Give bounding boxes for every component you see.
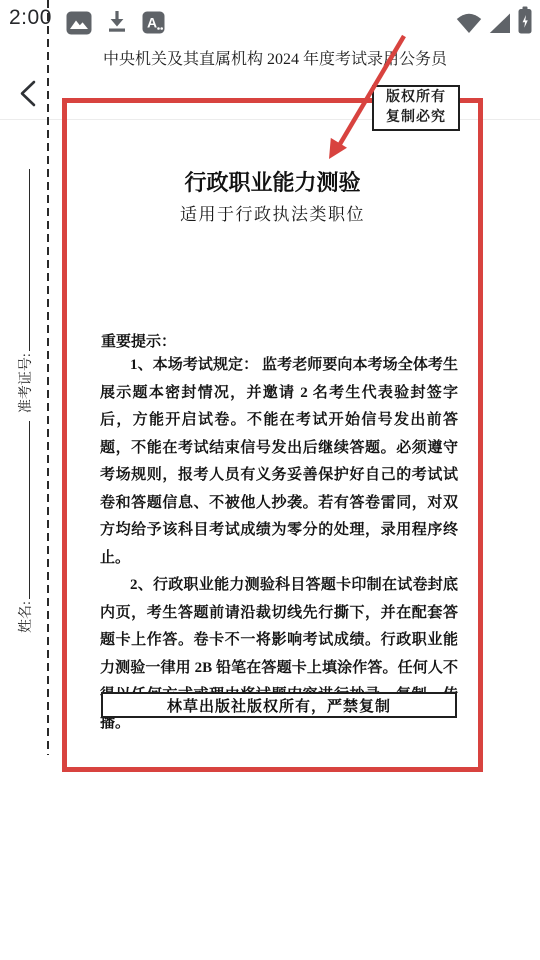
back-button[interactable]: [18, 79, 40, 109]
name-label: 姓名:: [15, 601, 35, 633]
candidate-info-strip: 姓名:准考证号:: [15, 117, 43, 633]
important-notice-heading: 重要提示：: [101, 330, 176, 351]
copyright-stamp: 版权所有 复制必究: [372, 85, 460, 131]
paper-subtitle: 适用于行政执法类职位: [62, 200, 483, 225]
gallery-icon: [66, 11, 92, 35]
publisher-copyright-text: 林草出版社版权所有，严禁复制: [167, 695, 391, 716]
admission-number-blank-line: [28, 169, 30, 351]
admission-number-label: 准考证号:: [15, 353, 35, 413]
screen: 2:00 A: [0, 0, 540, 960]
svg-text:A: A: [147, 15, 157, 31]
cellular-signal-icon: [489, 13, 511, 34]
cut-dashed-line: [47, 0, 49, 755]
status-bar: 2:00 A: [0, 0, 540, 40]
name-blank-line: [28, 421, 30, 599]
exam-series-title: 中央机关及其直属机构 2024 年度考试录用公务员: [50, 46, 500, 69]
back-chevron-icon: [18, 79, 38, 109]
important-notice-body: 1、本场考试规定： 监考老师要向本考场全体考生展示题本密封情况，并邀请 2 名考…: [100, 352, 458, 737]
autofill-a-icon: A: [142, 11, 165, 34]
wifi-icon: [456, 13, 482, 34]
notification-icons: A: [66, 9, 165, 36]
paper-title: 行政职业能力测验: [62, 166, 483, 197]
stamp-line1: 版权所有: [386, 88, 446, 108]
download-icon: [105, 9, 129, 36]
publisher-copyright-box: 林草出版社版权所有，严禁复制: [101, 692, 457, 718]
clock: 2:00: [9, 6, 52, 30]
notice-paragraph-1: 1、本场考试规定： 监考老师要向本考场全体考生展示题本密封情况，并邀请 2 名考…: [100, 352, 458, 572]
stamp-line2: 复制必究: [386, 108, 446, 128]
battery-charging-icon: [518, 6, 532, 34]
system-status-icons: [456, 6, 532, 34]
